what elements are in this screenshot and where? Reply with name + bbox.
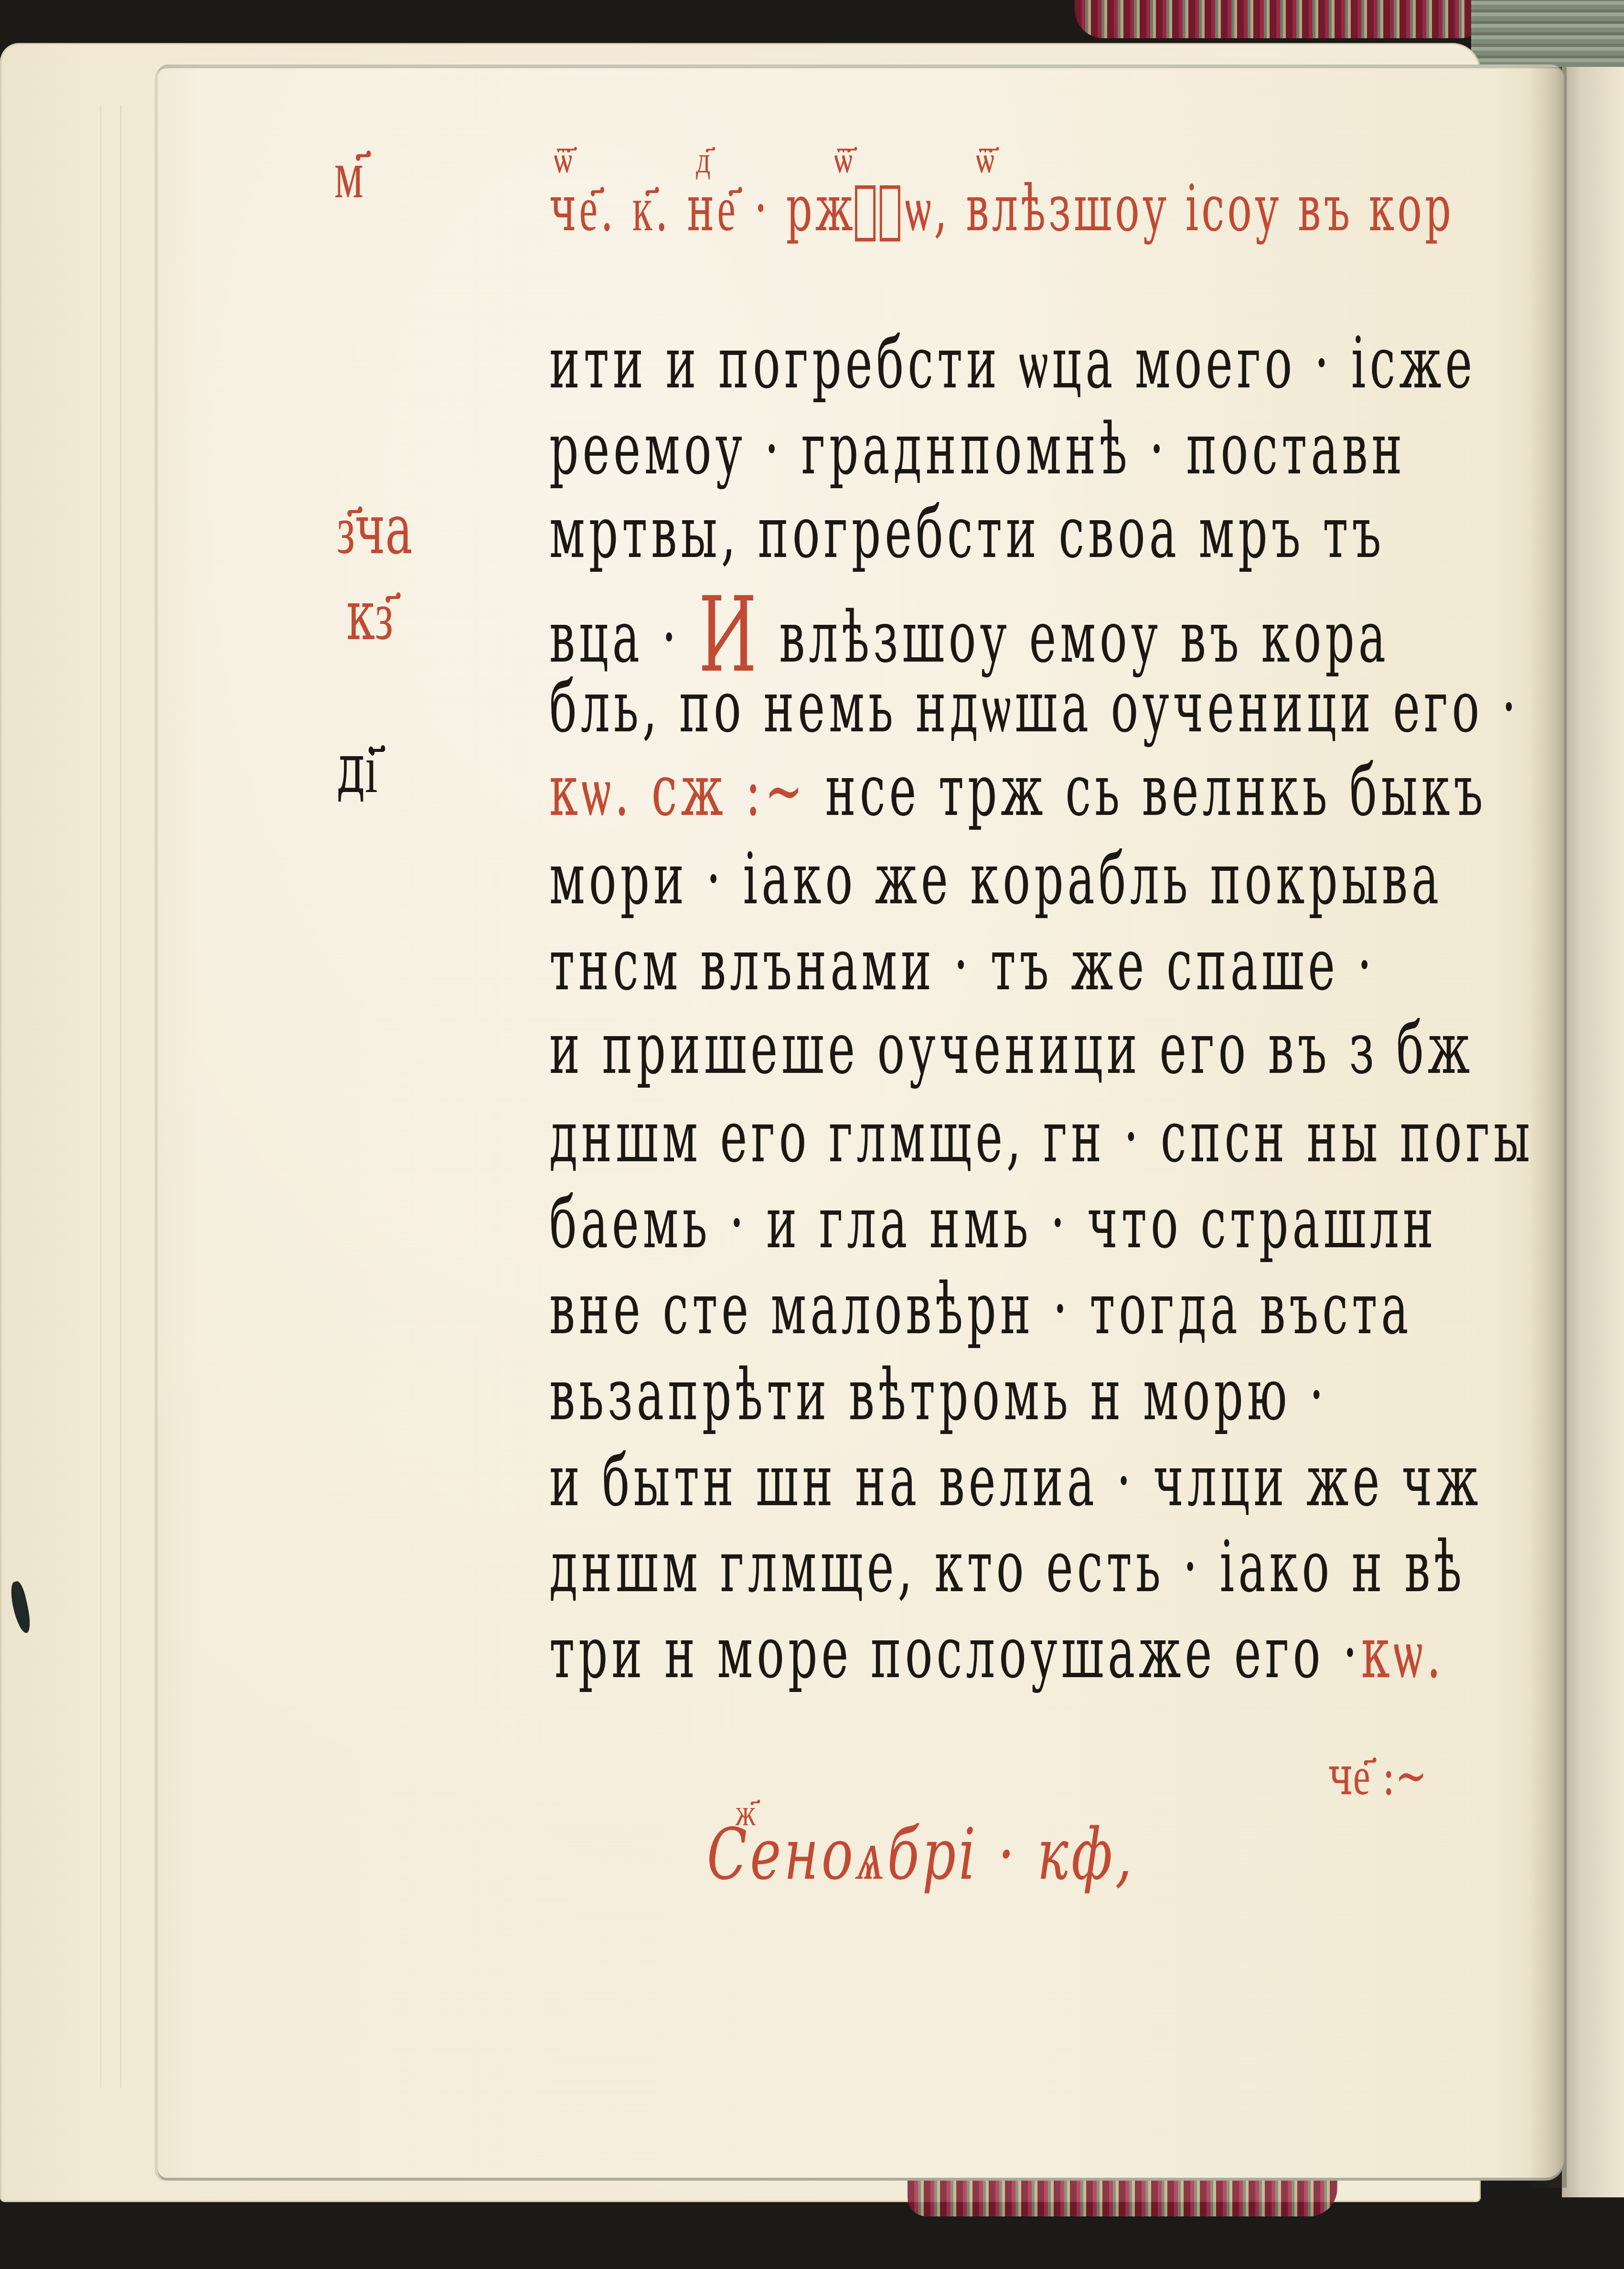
text-line-16: три н море послоушаже его ·кѡ. [549,1611,1445,1694]
reading-end-mark: че҃ :~ [1328,1745,1427,1808]
margin-note-1: м҃ [334,133,363,214]
text-line-13: вьзапрѣти вѣтромь н морю · [549,1353,1328,1436]
margin-note-4: ді҃ [337,728,378,808]
facing-page-edge [1562,67,1624,2197]
text-line-7: мори · іако же корабль покрыва [549,837,1442,920]
book-spine-edge [1471,0,1624,67]
text-line-12: вне сте маловѣрн · тогда въста [549,1267,1412,1350]
text-line-11: баемь · и гла нмь · что страшлн [549,1181,1437,1264]
text-line-16-main: три н море послоушаже его · [549,1611,1361,1694]
text-line-15: дншм глмще, кто есть · іако н вѣ [549,1525,1465,1608]
footer-rubric-date: Сеноѧбрі · кф, [707,1813,1135,1896]
binding-fabric-bottom [908,2178,1337,2216]
text-line-9: и пришеше оученици его въ з бж [549,1007,1474,1090]
text-line-8: тнсм влънами · тъ же спаше · [549,923,1376,1006]
text-line-14: и бытн шн на велиа · члци же чж [549,1439,1482,1522]
page-edge-stack [100,105,121,2087]
rubric-heading: че҃. к҃. не҃ · ржⷭ҇ѡ, влѣзшоу ісоу въ ко… [549,172,1454,246]
rubric-reading-mark: кѡ. сж :~ [549,749,807,832]
margin-note-2: з҃ча [337,489,413,569]
text-line-6: кѡ. сж :~ нсе трж сь велнкь быкъ [549,749,1487,832]
rubric-end-mark: кѡ. [1361,1611,1445,1694]
text-line-5: бль, по немь ндѡша оученици его · [549,665,1520,749]
gutter-shadow [1528,67,1567,2188]
text-line-3: мртвы, погребсти своа мръ тъ [549,491,1385,574]
text-line-2: реемоу · граднпомнѣ · поставн [549,407,1406,491]
margin-note-3: кз҃ [346,575,393,655]
text-line-6-rest: нсе трж сь велнкь быкъ [807,749,1486,832]
text-line-10: дншм его глмще, гн · спсн ны погы [549,1095,1534,1178]
binding-fabric-top [1075,0,1481,38]
text-line-1: ити и погребсти ѡца моего · ісже [549,321,1476,405]
